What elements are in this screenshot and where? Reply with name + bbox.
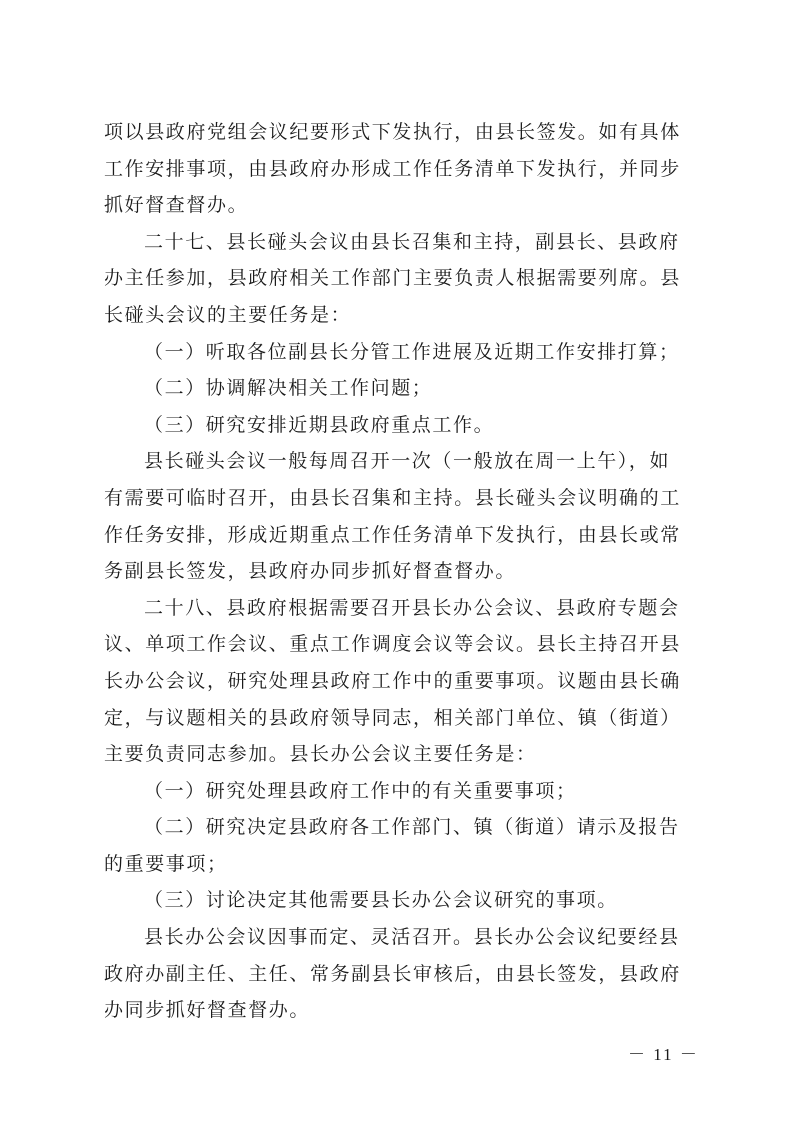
text-line: 主要负责同志参加。县长办公会议主要任务是： (104, 736, 704, 773)
text-line: 项以县政府党组会议纪要形式下发执行，由县长签发。如有具体 (104, 114, 704, 151)
text-line: 长碰头会议的主要任务是： (104, 297, 704, 334)
text-line: 政府办副主任、主任、常务副县长审核后，由县长签发，县政府 (104, 956, 704, 993)
page-number: － 11 － (628, 1040, 699, 1065)
list-item: （二）协调解决相关工作问题； (104, 370, 704, 407)
text-line: 县长办公会议因事而定、灵活召开。县长办公会议纪要经县 (104, 919, 704, 956)
text-line: 办主任参加，县政府相关工作部门主要负责人根据需要列席。县 (104, 260, 704, 297)
text-line: 抓好督查督办。 (104, 187, 704, 224)
list-item-continuation: 的重要事项； (104, 846, 704, 883)
text-line: 定，与议题相关的县政府领导同志，相关部门单位、镇（街道） (104, 700, 704, 737)
text-line: 工作安排事项，由县政府办形成工作任务清单下发执行，并同步 (104, 151, 704, 188)
list-item: （一）研究处理县政府工作中的有关重要事项； (104, 773, 704, 810)
text-line: 有需要可临时召开，由县长召集和主持。县长碰头会议明确的工 (104, 480, 704, 517)
list-item: （二）研究决定县政府各工作部门、镇（街道）请示及报告 (104, 809, 704, 846)
article-27-heading-line: 二十七、县长碰头会议由县长召集和主持，副县长、县政府 (104, 224, 704, 261)
text-line: 县长碰头会议一般每周召开一次（一般放在周一上午），如 (104, 443, 704, 480)
article-28-heading-line: 二十八、县政府根据需要召开县长办公会议、县政府专题会 (104, 590, 704, 627)
text-line: 作任务安排，形成近期重点工作任务清单下发执行，由县长或常 (104, 517, 704, 554)
list-item: （三）研究安排近期县政府重点工作。 (104, 407, 704, 444)
list-item: （三）讨论决定其他需要县长办公会议研究的事项。 (104, 882, 704, 919)
list-item: （一）听取各位副县长分管工作进展及近期工作安排打算； (104, 334, 704, 371)
text-line: 议、单项工作会议、重点工作调度会议等会议。县长主持召开县 (104, 626, 704, 663)
text-line: 长办公会议，研究处理县政府工作中的重要事项。议题由县长确 (104, 663, 704, 700)
document-page: 项以县政府党组会议纪要形式下发执行，由县长签发。如有具体 工作安排事项，由县政府… (0, 0, 793, 1122)
text-line: 办同步抓好督查督办。 (104, 992, 704, 1029)
document-body: 项以县政府党组会议纪要形式下发执行，由县长签发。如有具体 工作安排事项，由县政府… (104, 114, 704, 1029)
text-line: 务副县长签发，县政府办同步抓好督查督办。 (104, 553, 704, 590)
